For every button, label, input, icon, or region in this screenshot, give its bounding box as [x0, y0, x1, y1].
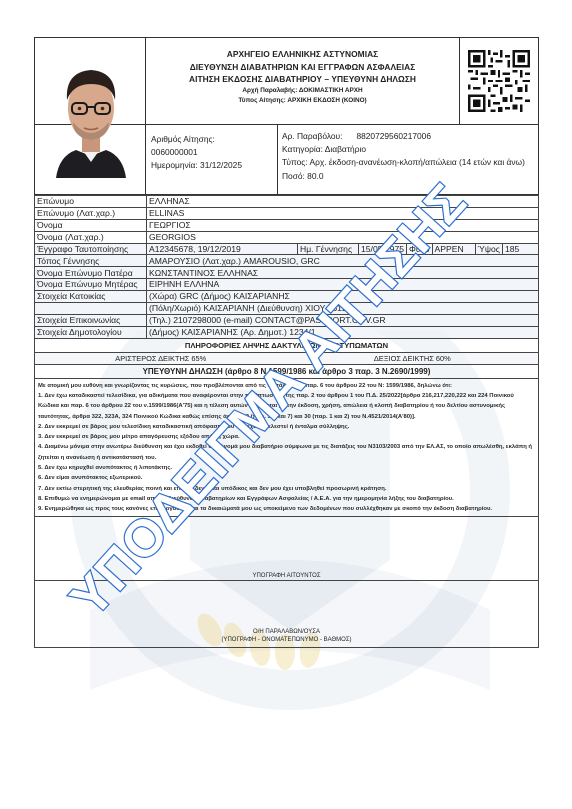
row-residence-2: (Πόλη/Χωριό) ΚΑΙΣΑΡΙΑΝΗ (Διεύθυνση) ΧΙΟΥ… [35, 303, 539, 315]
category: Κατηγορία: Διαβατήριο [282, 143, 538, 156]
receiving-authority: Αρχή Παραλαβής: ΔΟΚΙΜΑΣΤΙΚΗ ΑΡΧΗ [146, 86, 459, 96]
height-label: Ύψος [475, 243, 502, 255]
header-line-1: ΑΡΧΗΓΕΙΟ ΕΛΛΗΝΙΚΗΣ ΑΣΤΥΝΟΜΙΑΣ [146, 48, 459, 61]
birth-date-label: Ημ. Γέννησης [298, 243, 359, 255]
surname-value: ΕΛΛΗΝΑΣ [147, 196, 539, 208]
right-index-quality: ΔΕΞΙΟΣ ΔΕΙΚΤΗΣ 60% [287, 353, 539, 364]
sex-label: Φύλο [407, 243, 433, 255]
declaration-item: 9. Ενημερώθηκα ως προς τους κανόνες επεξ… [38, 504, 535, 514]
declaration-item: 7. Δεν εκτίω στερητική της ελευθερίας πο… [38, 484, 535, 494]
name-value: ΓΕΩΡΓΙΟΣ [147, 219, 539, 231]
row-residence: Στοιχεία Κατοικίας(Χώρα) GRC (Δήμος) ΚΑΙ… [35, 291, 539, 303]
registry-value: (Δήμος) ΚΑΙΣΑΡΙΑΝΗΣ (Αρ. Δημοτ.) 1234/1 [147, 326, 539, 338]
declaration-item: 3. Δεν εκκρεμεί σε βάρος μου μέτρο απαγό… [38, 432, 535, 442]
row-contact: Στοιχεία Επικοινωνίας(Τηλ.) 2107298000 (… [35, 314, 539, 326]
application-number: 0060000001 [151, 146, 277, 159]
height-value: 185 [502, 243, 538, 255]
header-line-3: ΑΙΤΗΣΗ ΕΚΔΟΣΗΣ ΔΙΑΒΑΤΗΡΙΟΥ – ΥΠΕΥΘΥΝΗ ΔΗ… [146, 73, 459, 86]
contact-value: (Τηλ.) 2107298000 (e-mail) CONTACT@PASSP… [147, 314, 539, 326]
declaration-item: 6. Δεν είμαι ανυπότακτος εξωτερικού. [38, 473, 535, 483]
declaration-body: Με ατομική μου ευθύνη και γνωρίζοντας τι… [34, 379, 539, 517]
birth-date-value: 15/05/1975 [359, 243, 407, 255]
receiver-signature-caption: Ο/Η ΠΑΡΑΛΑΒΩΝ/ΟΥΣΑ (ΥΠΟΓΡΑΦΗ - ΟΝΟΜΑΤΕΠΩ… [35, 628, 538, 644]
declaration-item: 1. Δεν έχω καταδικαστεί τελεσίδικα, για … [38, 391, 535, 422]
application-type: Τύπος Αίτησης: ΑΡΧΙΚΗ ΕΚΔΟΣΗ (ΚΟΙΝΟ) [146, 96, 459, 106]
row-name-latin: Όνομα (Λατ.χαρ.)GEORGIOS [35, 231, 539, 243]
declaration-item: 8. Επιθυμώ να ενημερώνομαι με email από … [38, 494, 535, 504]
declaration-item: 5. Δεν έχω κηρυχθεί ανυπότακτος ή λιποτά… [38, 463, 535, 473]
passport-type: Τύπος: Αρχ. έκδοση-ανανέωση-κλοπή/απώλει… [282, 156, 538, 169]
mother-value: ΕΙΡΗΝΗ ΕΛΛΗΝΑ [147, 279, 539, 291]
row-father: Όνομα Επώνυμο ΠατέραΚΩΝΣΤΑΝΤΙΝΟΣ ΕΛΛΗΝΑΣ [35, 267, 539, 279]
residence-line-2: (Πόλη/Χωριό) ΚΑΙΣΑΡΙΑΝΗ (Διεύθυνση) ΧΙΟΥ… [147, 303, 539, 315]
declaration-item: 4. Διαμένω μόνιμα στην ανωτέρω διεύθυνση… [38, 442, 535, 463]
sex-value: ΑΡΡΕΝ [432, 243, 475, 255]
application-info: Αριθμός Αίτησης: 0060000001 Ημερομηνία: … [34, 124, 539, 195]
amount: Ποσό: 80.0 [282, 170, 538, 183]
receiver-caption-line-1: Ο/Η ΠΑΡΑΛΑΒΩΝ/ΟΥΣΑ [35, 628, 538, 636]
qr-code-icon [468, 50, 530, 112]
personal-data-table: ΕπώνυμοΕΛΛΗΝΑΣ Επώνυμο (Λατ.χαρ.)ELLINAS… [34, 195, 539, 339]
fee-label: Αρ. Παραβόλου: [282, 131, 342, 141]
fingerprint-quality: ΑΡΙΣΤΕΡΟΣ ΔΕΙΚΤΗΣ 65% ΔΕΞΙΟΣ ΔΕΙΚΤΗΣ 60% [34, 353, 539, 365]
declaration-intro: Με ατομική μου ευθύνη και γνωρίζοντας τι… [38, 381, 535, 391]
surname-latin-value: ELLINAS [147, 207, 539, 219]
row-surname: ΕπώνυμοΕΛΛΗΝΑΣ [35, 196, 539, 208]
birthplace-value: ΑΜΑΡΟΥΣΙΟ (Λατ.χαρ.) AMAROUSIO, GRC [147, 255, 539, 267]
declaration-item: 2. Δεν εκκρεμεί σε βάρος μου τελεσίδικη … [38, 422, 535, 432]
application-number-label: Αριθμός Αίτησης: [151, 133, 277, 146]
passport-application-form: ΑΡΧΗΓΕΙΟ ΕΛΛΗΝΙΚΗΣ ΑΣΤΥΝΟΜΙΑΣ ΔΙΕΥΘΥΝΣΗ … [34, 37, 539, 648]
declaration-title: ΥΠΕΥΘΥΝΗ ΔΗΛΩΣΗ (άρθρο 8 Ν.1599/1986 και… [34, 365, 539, 379]
name-latin-value: GEORGIOS [147, 231, 539, 243]
applicant-signature-caption: ΥΠΟΓΡΑΦΗ ΑΙΤΟΥΝΤΟΣ [35, 573, 538, 579]
row-id-document: Έγγραφο Ταυτοποίησης A12345678, 19/12/20… [35, 243, 539, 255]
residence-line-1: (Χώρα) GRC (Δήμος) ΚΑΙΣΑΡΙΑΝΗΣ [147, 291, 539, 303]
row-birthplace: Τόπος ΓέννησηςΑΜΑΡΟΥΣΙΟ (Λατ.χαρ.) AMARO… [35, 255, 539, 267]
receiver-signature-box: Ο/Η ΠΑΡΑΛΑΒΩΝ/ΟΥΣΑ (ΥΠΟΓΡΑΦΗ - ΟΝΟΜΑΤΕΠΩ… [34, 581, 539, 648]
applicant-signature-box: ΥΠΟΓΡΑΦΗ ΑΙΤΟΥΝΤΟΣ [34, 517, 539, 581]
row-surname-latin: Επώνυμο (Λατ.χαρ.)ELLINAS [35, 207, 539, 219]
application-date: Ημερομηνία: 31/12/2025 [151, 159, 277, 172]
fingerprint-title: ΠΛΗΡΟΦΟΡΙΕΣ ΛΗΨΗΣ ΔΑΚΤΥΛΙΚΩΝ ΑΠΟΤΥΠΩΜΑΤΩ… [34, 339, 539, 353]
row-registry: Στοιχεία Δημοτολογίου(Δήμος) ΚΑΙΣΑΡΙΑΝΗΣ… [35, 326, 539, 338]
application-number-block: Αριθμός Αίτησης: 0060000001 Ημερομηνία: … [146, 125, 278, 194]
fee-block: Αρ. Παραβόλου:8820729560217006 Κατηγορία… [278, 125, 538, 194]
left-index-quality: ΑΡΙΣΤΕΡΟΣ ΔΕΙΚΤΗΣ 65% [35, 353, 287, 364]
applicant-photo-image [51, 56, 131, 178]
applicant-photo [35, 39, 146, 194]
father-value: ΚΩΝΣΤΑΝΤΙΝΟΣ ΕΛΛΗΝΑΣ [147, 267, 539, 279]
qr-code-cell [460, 38, 538, 124]
header-titles: ΑΡΧΗΓΕΙΟ ΕΛΛΗΝΙΚΗΣ ΑΣΤΥΝΟΜΙΑΣ ΔΙΕΥΘΥΝΣΗ … [146, 38, 460, 124]
row-name: ΌνομαΓΕΩΡΓΙΟΣ [35, 219, 539, 231]
row-mother: Όνομα Επώνυμο ΜητέραςΕΙΡΗΝΗ ΕΛΛΗΝΑ [35, 279, 539, 291]
header-line-2: ΔΙΕΥΘΥΝΣΗ ΔΙΑΒΑΤΗΡΙΩΝ ΚΑΙ ΕΓΓΡΑΦΩΝ ΑΣΦΑΛ… [146, 61, 459, 74]
receiver-caption-line-2: (ΥΠΟΓΡΑΦΗ - ΟΝΟΜΑΤΕΠΩΝΥΜΟ - ΒΑΘΜΟΣ) [35, 636, 538, 644]
fee-number: 8820729560217006 [356, 131, 431, 141]
id-document-value: A12345678, 19/12/2019 [147, 243, 298, 255]
